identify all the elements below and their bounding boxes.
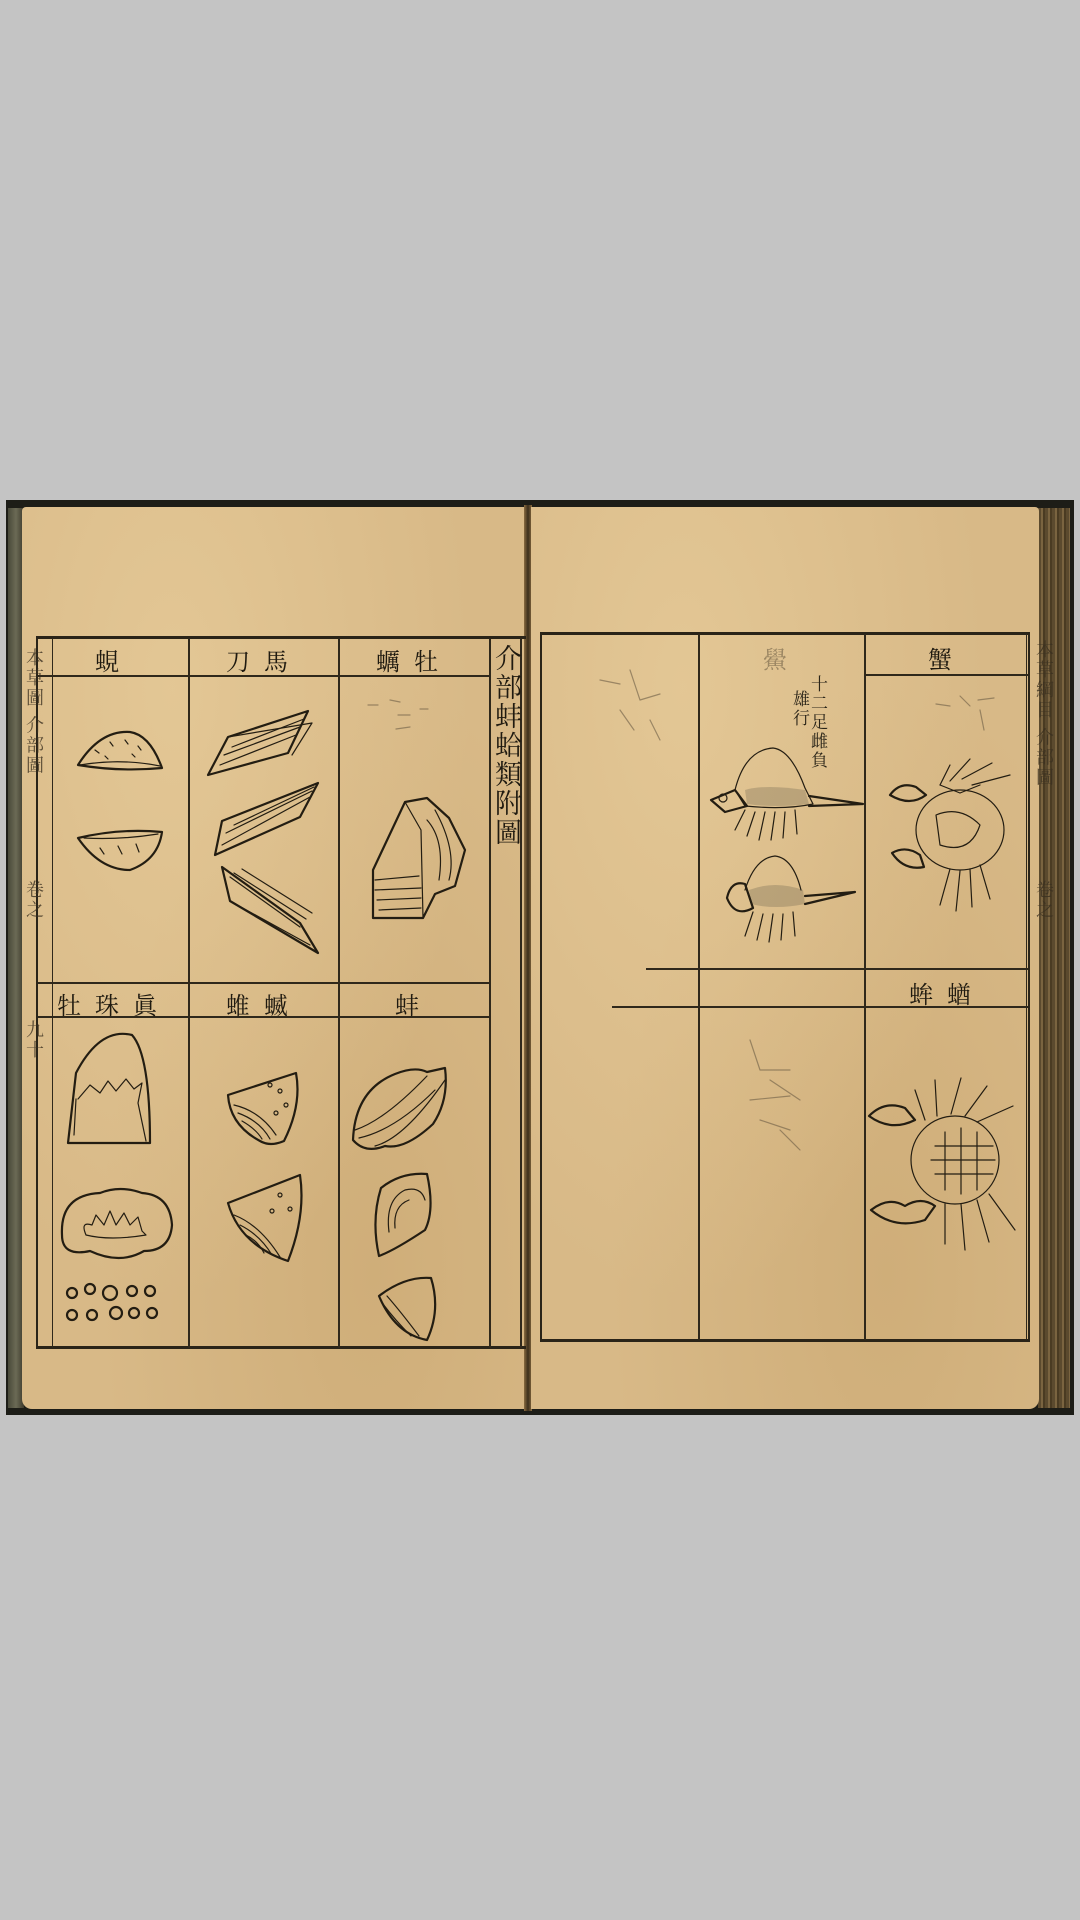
pearl-oyster-drawing [50,1025,190,1345]
cell-label-hou: 鱟 [700,640,864,675]
razor-shells-drawing [200,705,330,965]
grid-line [38,982,489,984]
section-title: 介部蚌蛤類附圖 [492,644,519,847]
cell-label-xian: 蜆 [40,642,188,677]
cell-label-bang: 蚌 [340,986,488,1021]
cell-label-weiwei: 蜼蝛 [190,986,338,1021]
faded-ghost-print [590,650,690,760]
oyster-faded-marks [360,695,460,755]
cell-label-xie: 蟹 [866,640,1028,675]
right-margin-title: 本草綱目 介部圖 [1034,640,1052,788]
clam-shells-drawing [70,720,170,880]
left-page-number: 九十 [24,1020,42,1060]
mussel-shells-drawing [345,1050,465,1350]
faded-ghost-print-2 [730,1030,840,1160]
oyster-shell-drawing [365,790,475,930]
grid-line [646,968,1028,970]
right-margin-volume: 卷之 [1034,880,1052,920]
cell-label-muli: 蠣牡 [340,642,488,677]
crab-faded-marks [930,690,1010,740]
horseshoe-crabs-drawing [705,740,865,950]
horseshoe-crab-annotation-2: 雄行 [790,690,807,728]
left-margin-volume: 卷之 [24,880,42,920]
grid-line [698,634,700,1340]
swimming-crab-drawing [865,1070,1025,1270]
crab-drawing [880,745,1030,925]
cell-label-zhenzhumu: 牡珠眞 [40,986,188,1021]
cell-label-madao: 刀馬 [190,642,338,677]
cockle-shells-drawing [220,1065,320,1275]
cell-label-youmou: 蛑蝤 [866,975,1028,1010]
